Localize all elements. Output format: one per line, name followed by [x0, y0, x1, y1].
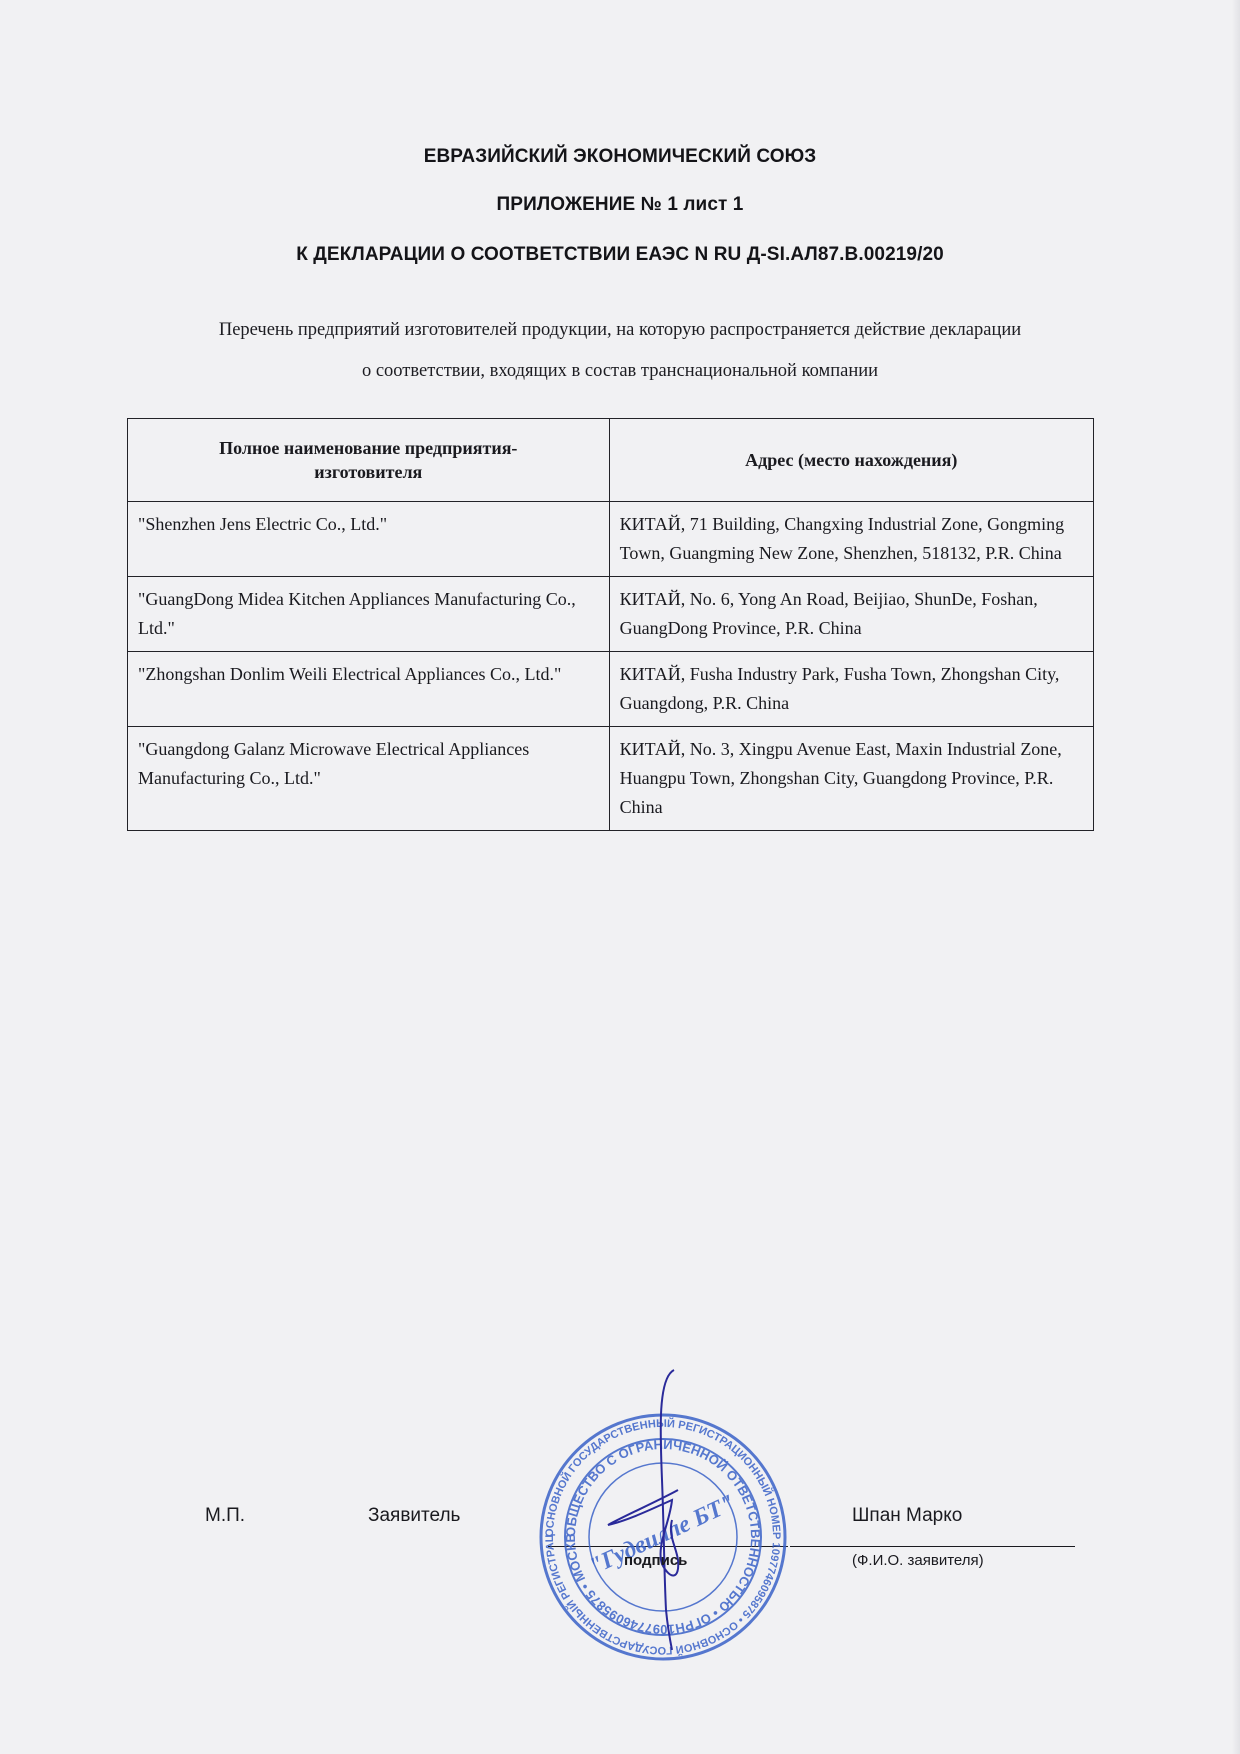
manufacturer-name: "Zhongshan Donlim Weili Electrical Appli… — [128, 652, 610, 727]
applicant-label: Заявитель — [368, 1505, 460, 1527]
manufacturers-table: Полное наименование предприятия-изготови… — [127, 418, 1094, 831]
table-row: "Shenzhen Jens Electric Co., Ltd." КИТАЙ… — [128, 502, 1094, 577]
manufacturer-name: "Shenzhen Jens Electric Co., Ltd." — [128, 502, 610, 577]
handwritten-signature — [560, 1350, 760, 1650]
appendix-heading: ПРИЛОЖЕНИЕ № 1 лист 1 — [0, 194, 1240, 216]
intro-line-1: Перечень предприятий изготовителей проду… — [0, 320, 1240, 341]
manufacturer-address: КИТАЙ, No. 6, Yong An Road, Beijiao, Shu… — [609, 577, 1093, 652]
manufacturer-address: КИТАЙ, No. 3, Xingpu Avenue East, Maxin … — [609, 727, 1093, 831]
seal-label: М.П. — [205, 1505, 245, 1527]
signature-caption: подпись — [624, 1552, 687, 1569]
manufacturer-name: "GuangDong Midea Kitchen Appliances Manu… — [128, 577, 610, 652]
table-header-row: Полное наименование предприятия-изготови… — [128, 419, 1094, 502]
table-row: "Guangdong Galanz Microwave Electrical A… — [128, 727, 1094, 831]
header-manufacturer-name: Полное наименование предприятия-изготови… — [128, 419, 610, 502]
manufacturer-address: КИТАЙ, Fusha Industry Park, Fusha Town, … — [609, 652, 1093, 727]
declaration-heading: К ДЕКЛАРАЦИИ О СООТВЕТСТВИИ ЕАЭС N RU Д-… — [0, 244, 1240, 266]
header-address: Адрес (место нахождения) — [609, 419, 1093, 502]
table-row: "GuangDong Midea Kitchen Appliances Manu… — [128, 577, 1094, 652]
manufacturer-name: "Guangdong Galanz Microwave Electrical A… — [128, 727, 610, 831]
manufacturer-address: КИТАЙ, 71 Building, Changxing Industrial… — [609, 502, 1093, 577]
name-line — [790, 1546, 1075, 1547]
intro-line-2: о соответствии, входящих в состав трансн… — [0, 361, 1240, 382]
name-caption: (Ф.И.О. заявителя) — [852, 1552, 984, 1569]
table-row: "Zhongshan Donlim Weili Electrical Appli… — [128, 652, 1094, 727]
union-heading: ЕВРАЗИЙСКИЙ ЭКОНОМИЧЕСКИЙ СОЮЗ — [0, 146, 1240, 168]
applicant-name: Шпан Марко — [852, 1505, 962, 1527]
